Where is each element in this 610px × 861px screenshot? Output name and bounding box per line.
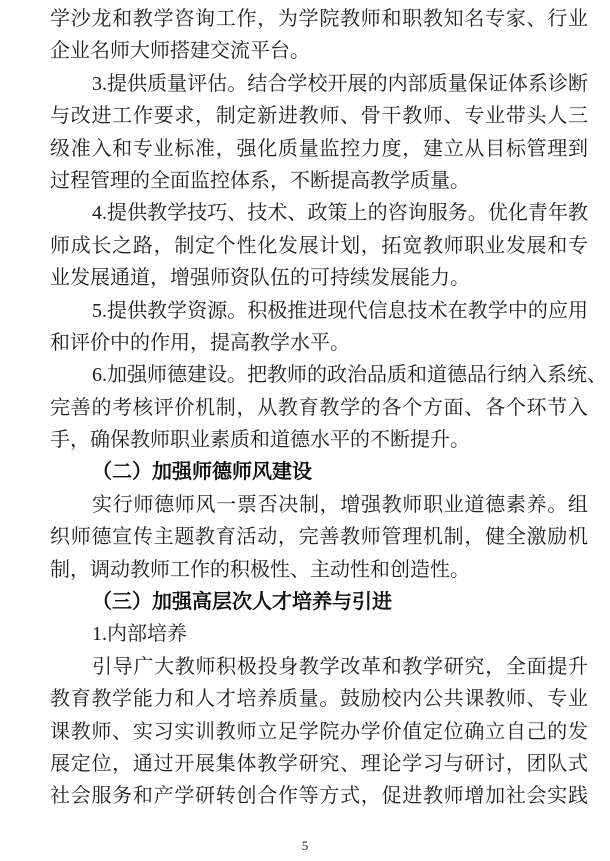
paragraph-last-line: 业发展通道，增强师资队伍的可持续发展能力。 — [50, 262, 588, 294]
paragraph-first-line: 4.提供教学技巧、技术、政策上的咨询服务。优化青年教 — [50, 197, 588, 229]
text-line: 师成长之路，制定个性化发展计划，拓宽教师职业发展和专 — [50, 230, 588, 262]
text-line: 级准入和专业标准，强化质量监控力度，建立从目标管理到 — [50, 133, 588, 165]
paragraph-last-line: 和评价中的作用，提高教学水平。 — [50, 327, 588, 359]
page-number: 5 — [0, 838, 610, 854]
paragraph-last-line: 过程管理的全面监控体系，不断提高教学质量。 — [50, 165, 588, 197]
section-heading: （三）加强高层次人才培养与引进 — [50, 586, 588, 618]
subsection-title: 1.内部培养 — [50, 618, 588, 650]
document-page: 学沙龙和教学咨询工作，为学院教师和职教知名专家、行业企业名师大师搭建交流平台。3… — [0, 0, 610, 861]
paragraph-last-line: 制，调动教师工作的积极性、主动性和创造性。 — [50, 554, 588, 586]
text-line: 课教师、实习实训教师立足学院办学价值定位确立自己的发 — [50, 716, 588, 748]
text-line: 与改进工作要求，制定新进教师、骨干教师、专业带头人三 — [50, 100, 588, 132]
paragraph-last-line: 手，确保教师职业素质和道德水平的不断提升。 — [50, 424, 588, 456]
text-line: 学沙龙和教学咨询工作，为学院教师和职教知名专家、行业 — [50, 3, 588, 35]
text-line: 社会服务和产学研转创合作等方式，促进教师增加社会实践 — [50, 780, 588, 812]
text-line: 织师德宣传主题教育活动，完善教师管理机制，健全激励机 — [50, 521, 588, 553]
paragraph-first-line: 6.加强师德建设。把教师的政治品质和道德品行纳入系统、 — [50, 359, 588, 391]
text-line: 展定位，通过开展集体教学研究、理论学习与研讨，团队式 — [50, 748, 588, 780]
paragraph-last-line: 企业名师大师搭建交流平台。 — [50, 35, 588, 67]
text-line: 完善的考核评价机制，从教育教学的各个方面、各个环节入 — [50, 392, 588, 424]
document-text-block: 学沙龙和教学咨询工作，为学院教师和职教知名专家、行业企业名师大师搭建交流平台。3… — [50, 3, 588, 813]
paragraph-first-line: 5.提供教学资源。积极推进现代信息技术在教学中的应用 — [50, 295, 588, 327]
section-heading: （二）加强师德师风建设 — [50, 456, 588, 488]
paragraph-first-line: 实行师德师风一票否决制，增强教师职业道德素养。组 — [50, 489, 588, 521]
text-line: 教育教学能力和人才培养质量。鼓励校内公共课教师、专业 — [50, 683, 588, 715]
paragraph-first-line: 3.提供质量评估。结合学校开展的内部质量保证体系诊断 — [50, 68, 588, 100]
paragraph-first-line: 引导广大教师积极投身教学改革和教学研究，全面提升 — [50, 651, 588, 683]
